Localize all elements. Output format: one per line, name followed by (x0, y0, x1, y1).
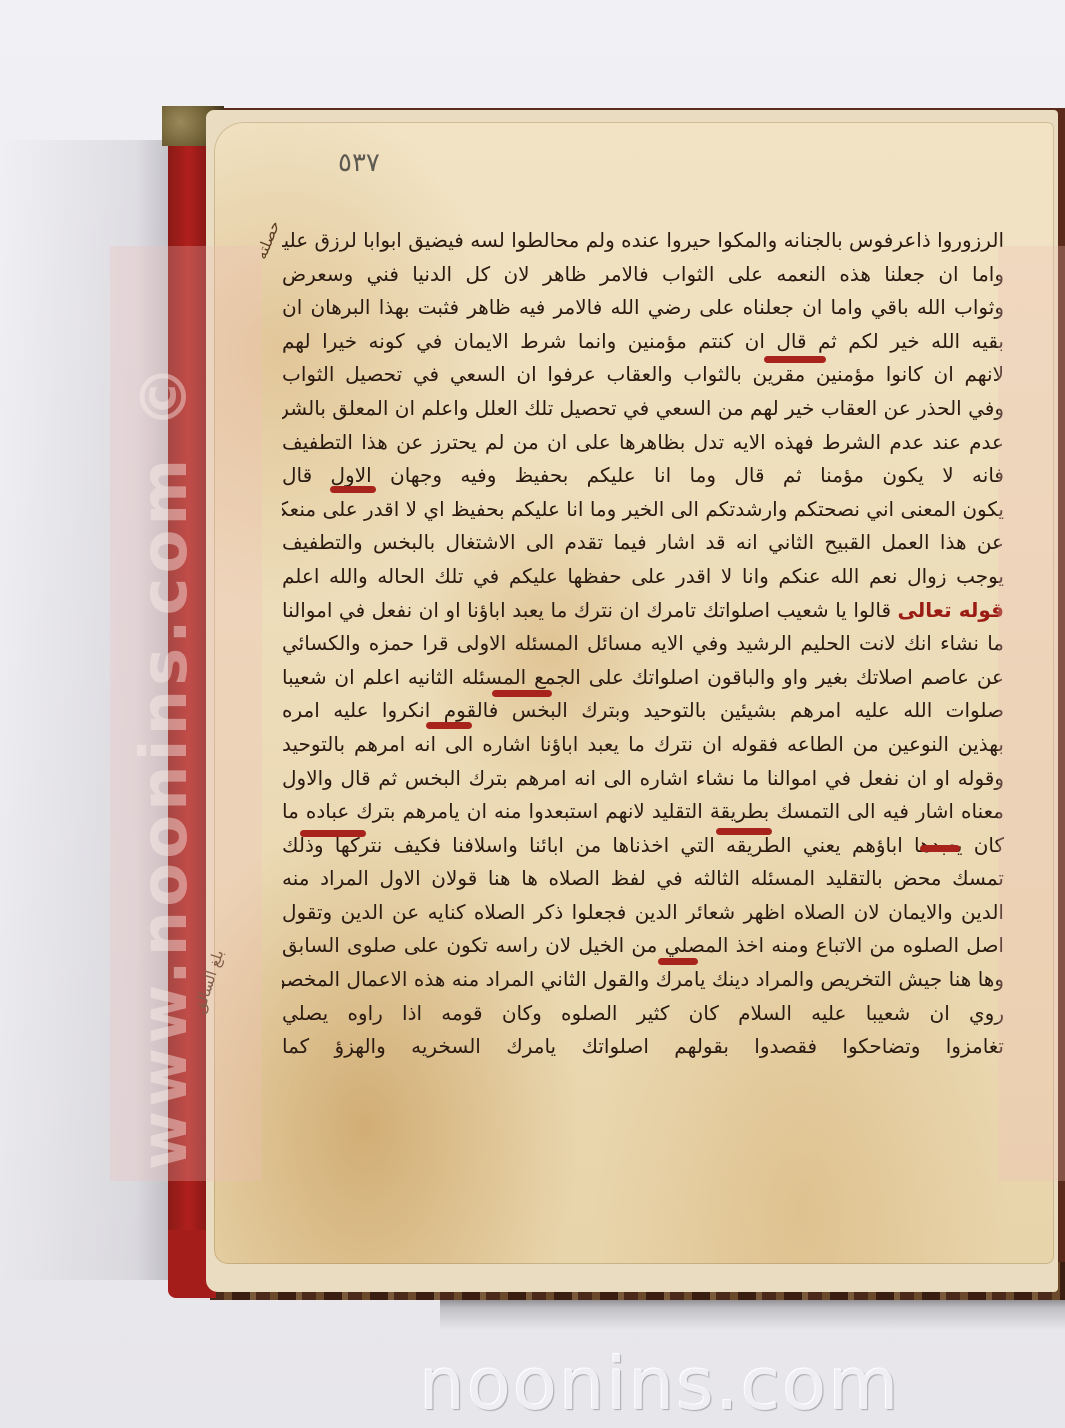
text-line: لانهم ان كانوا مؤمنين مقرين بالثواب والع… (282, 358, 1004, 392)
text-line: وقوله او ان نفعل في اموالنا ما نشاء اشار… (282, 762, 1004, 796)
text-line: وها هنا جيش التخريص والمراد دينك يامرك و… (282, 963, 1004, 997)
text-line: الدين والايمان لان الصلاه اظهر شعائر الد… (282, 896, 1004, 930)
text-line: وفي الحذر عن العقاب خير لهم من السعي في … (282, 392, 1004, 426)
manuscript-text: الرزوروا ذاعرفوس بالجنانه والمكوا حيروا … (282, 224, 1004, 1064)
text-line: واما ان جعلنا هذه النعمه على الثواب فالا… (282, 258, 1004, 292)
text-line: معناه اشار فيه الى التمسك بطريقة التقليد… (282, 795, 1004, 829)
text-line: فانه لا يكون مؤمنا ثم قال وما انا عليكم … (282, 459, 1004, 493)
text-line: تغامزوا وتضاحكوا فقصدوا بقولهم اصلواتك ي… (282, 1030, 1004, 1064)
rubric-stroke (764, 356, 826, 363)
text-line: اصل الصلوه من الاتباع ومنه اخذ المصلي من… (282, 929, 1004, 963)
text-line: روي ان شعيبا عليه السلام كان كثير الصلوه… (282, 997, 1004, 1031)
rubric-stroke (492, 690, 552, 697)
page-number: ٥٣٧ (338, 148, 380, 178)
text-line: يكون المعنى اني نصحتكم وارشدتكم الى الخي… (282, 493, 1004, 527)
rubric-heading: قوله تعالى (898, 598, 1004, 622)
text-line: بقيه الله خير لكم ثم قال ان كنتم مؤمنين … (282, 325, 1004, 359)
text-line: الرزوروا ذاعرفوس بالجنانه والمكوا حيروا … (282, 224, 1004, 258)
text-line: يوجب زوال نعم الله عنكم وانا لا اقدر على… (282, 560, 1004, 594)
text-line: عن هذا العمل القبيح الثاني انه قد اشار ف… (282, 526, 1004, 560)
rubric-stroke (658, 958, 698, 965)
text-line: بهذين النوعين من الطاعه فقوله ان نترك ما… (282, 728, 1004, 762)
text-line: تمسك محض بالتقليد المسئله الثالثه في لفظ… (282, 862, 1004, 896)
text-line: عن عاصم اصلاتك بغير واو والباقون اصلواتك… (282, 661, 1004, 695)
text-line: وثواب الله باقي واما ان جعلناه على رضي ا… (282, 291, 1004, 325)
text-line: كان يعبدها اباؤهم يعني الطريقه التي اخذن… (282, 829, 1004, 863)
rubric-stroke (300, 830, 366, 837)
watermark-band-right (998, 246, 1065, 1181)
rubric-stroke (426, 722, 472, 729)
watermark-vertical: www.noonins.com © (128, 361, 202, 1170)
text-line: عدم عند عدم الشرط فهذه الايه تدل بظاهرها… (282, 426, 1004, 460)
text-line-rubric: قوله تعالى قالوا يا شعيب اصلواتك تامرك ا… (282, 594, 1004, 628)
text-line: صلوات الله عليه امرهم بشيئين بالتوحيد وب… (282, 694, 1004, 728)
rubric-stroke (920, 845, 960, 852)
rubric-stroke (716, 828, 772, 835)
rubric-stroke (330, 486, 376, 493)
rubric-text: قوله تعالى قالوا يا شعيب اصلواتك تامرك ا… (282, 598, 1004, 622)
text-line: ما نشاء انك لانت الحليم الرشيد وفي الايه… (282, 627, 1004, 661)
watermark-bottom: noonins.com (330, 1342, 990, 1426)
